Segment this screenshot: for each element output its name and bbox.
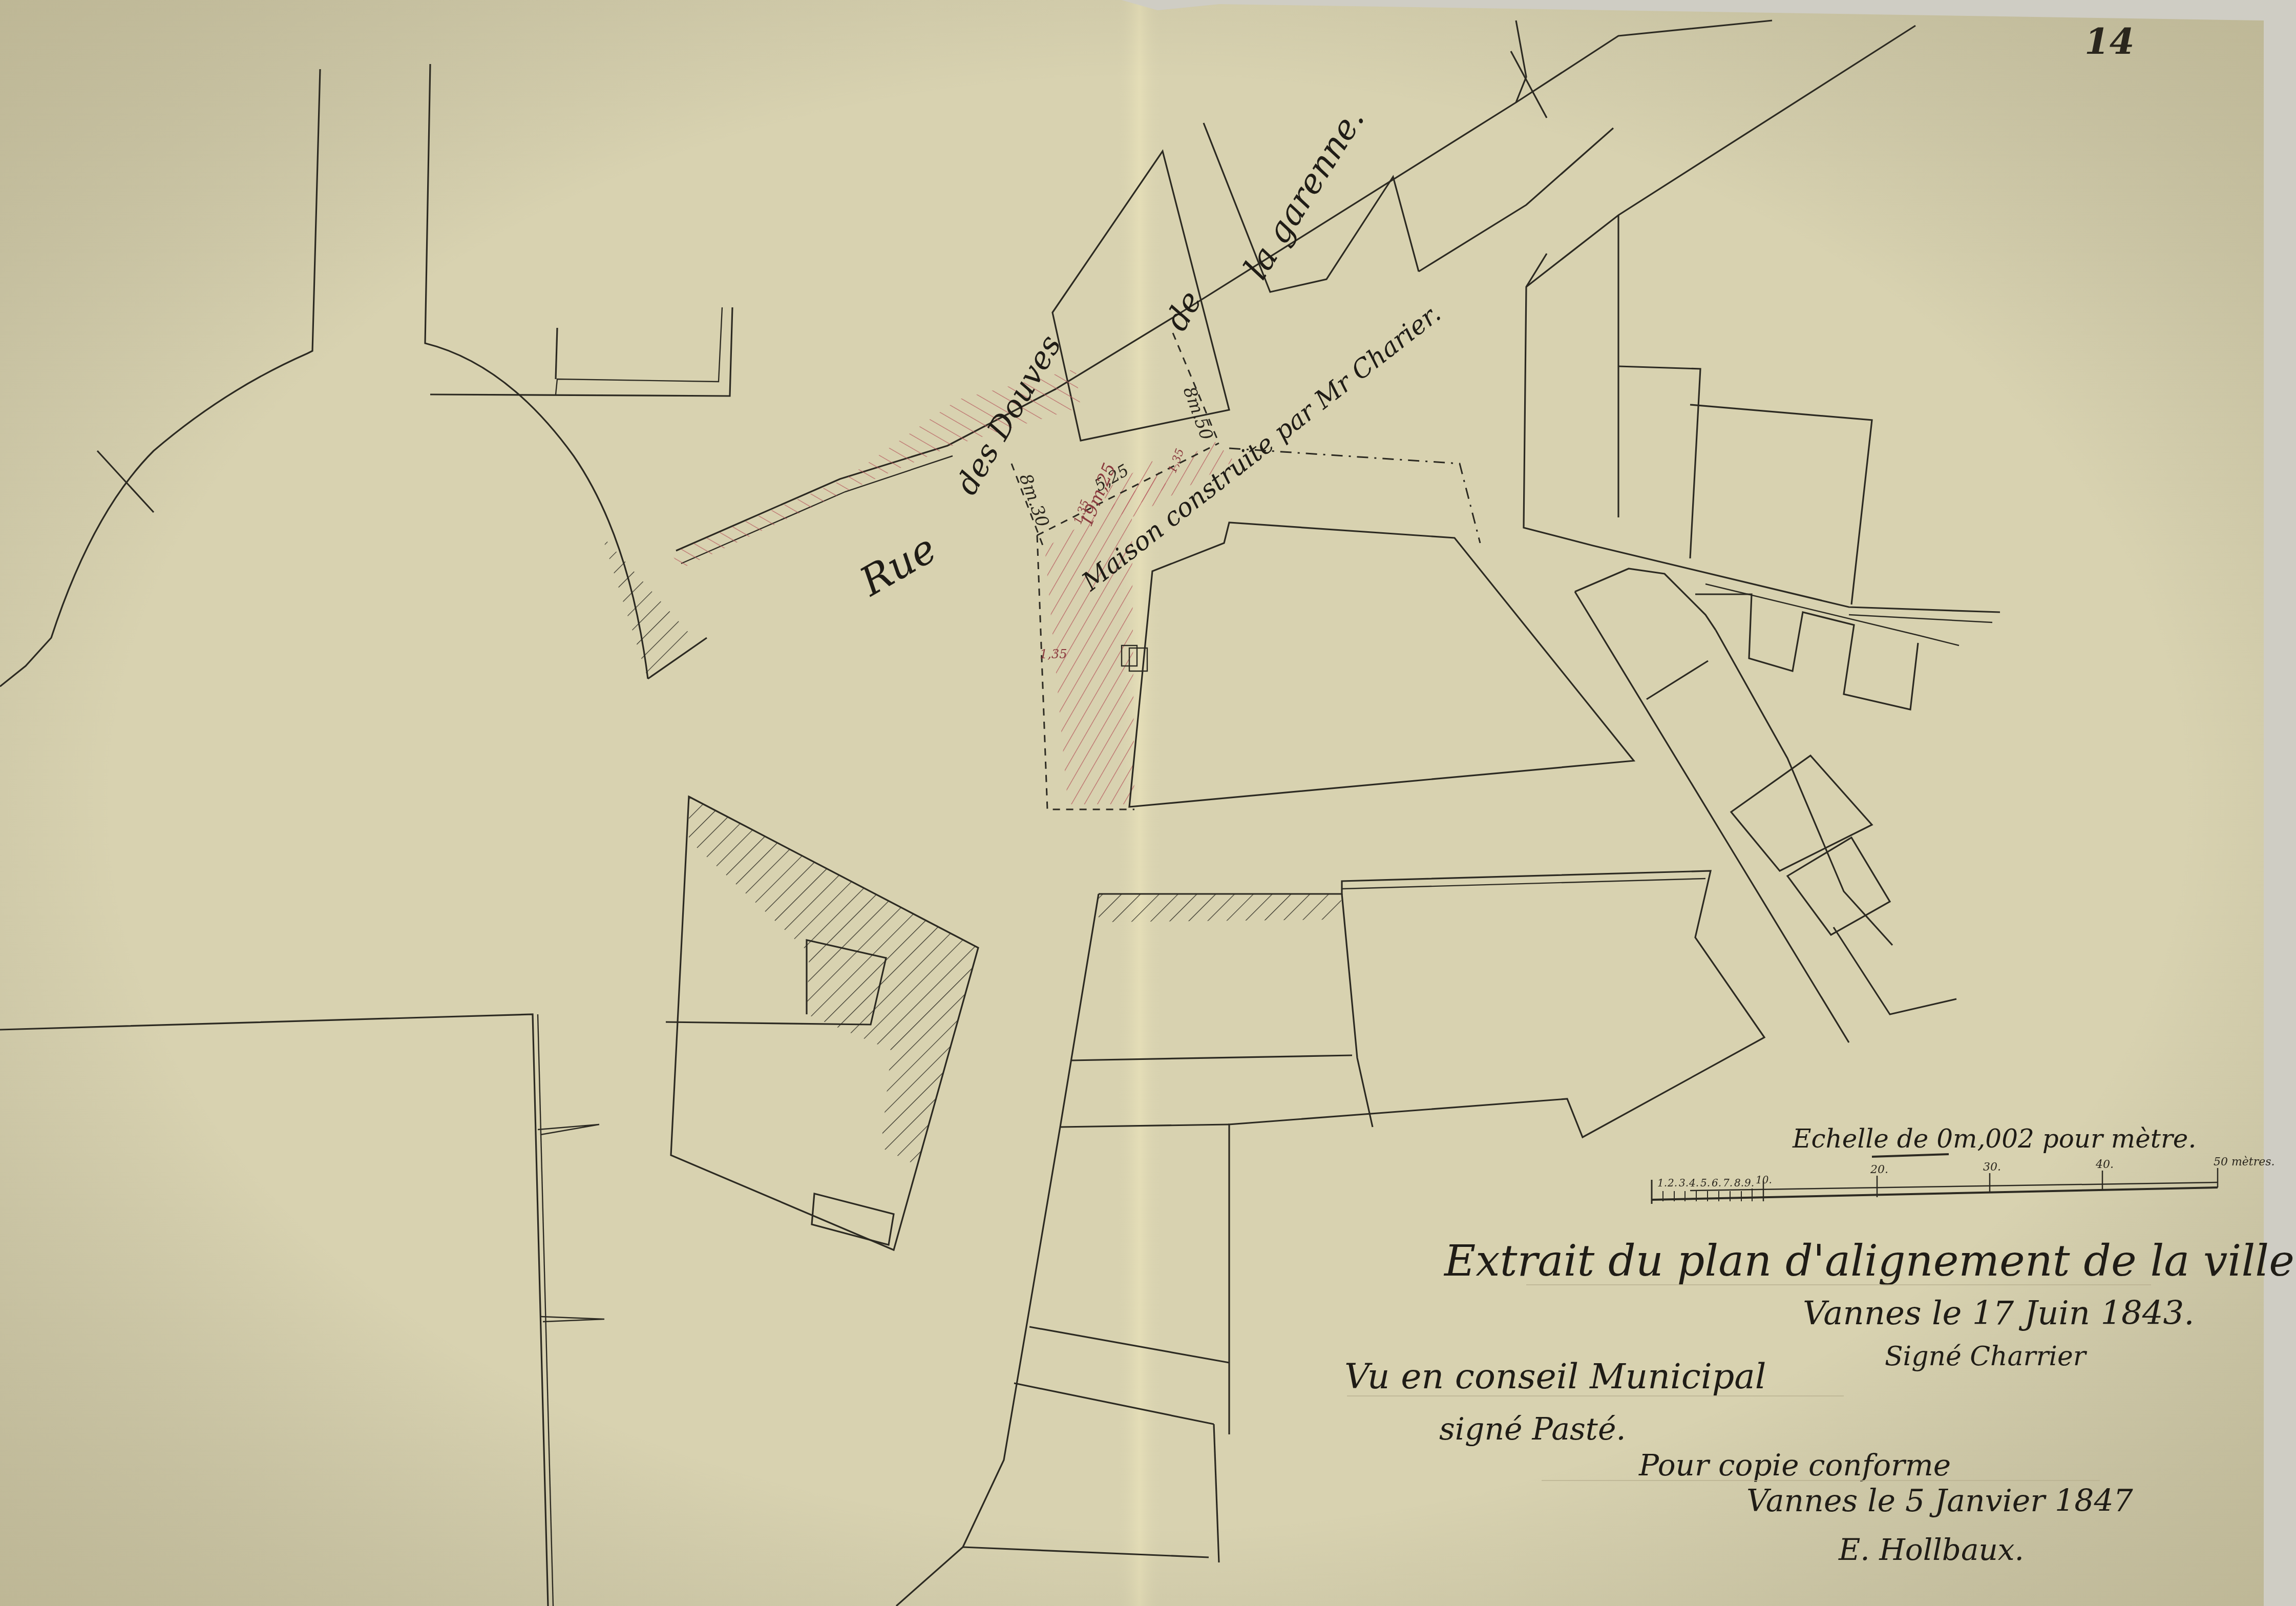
scale-tick-3: 3. — [1679, 1177, 1689, 1189]
title-date: Vannes le 17 Juin 1843. — [1803, 1295, 2195, 1332]
map-sheet: 14 — [0, 0, 2296, 1606]
scale-tick-6: 6. — [1712, 1177, 1721, 1189]
scale-tick-20: 20. — [1870, 1163, 1888, 1176]
scale-end-label: 50 mètres. — [2214, 1156, 2275, 1169]
scale-tick-2: 2. — [1667, 1177, 1677, 1189]
council-signed: signé Pasté. — [1439, 1411, 1626, 1447]
scale-tick-9: 9. — [1744, 1177, 1754, 1189]
copy-date: Vannes le 5 Janvier 1847 — [1746, 1483, 2134, 1519]
scale-tick-10: 10. — [1756, 1174, 1772, 1186]
scale-tick-40: 40. — [2095, 1158, 2114, 1171]
scale-title: Echelle de 0m,002 pour mètre. — [1792, 1124, 2196, 1154]
page-number: 14 — [2084, 20, 2134, 62]
scale-tick-30: 30. — [1983, 1161, 2001, 1174]
title-signed: Signé Charrier — [1885, 1341, 2088, 1372]
council-line: Vu en conseil Municipal — [1344, 1357, 1766, 1397]
scale-tick-8: 8. — [1734, 1177, 1744, 1189]
document-title: Extrait du plan d'alignement de la ville… — [1443, 1236, 2296, 1286]
scale-tick-1: 1. — [1657, 1177, 1667, 1189]
dimension-offset-left: 1,35 — [1040, 647, 1067, 661]
scale-tick-7: 7. — [1723, 1177, 1733, 1189]
scale-tick-4: 4. — [1689, 1177, 1699, 1189]
scale-tick-5: 5. — [1700, 1177, 1710, 1189]
copy-signature: E. Hollbaux. — [1838, 1532, 2024, 1567]
copy-line: Pour copie conforme — [1638, 1448, 1951, 1483]
